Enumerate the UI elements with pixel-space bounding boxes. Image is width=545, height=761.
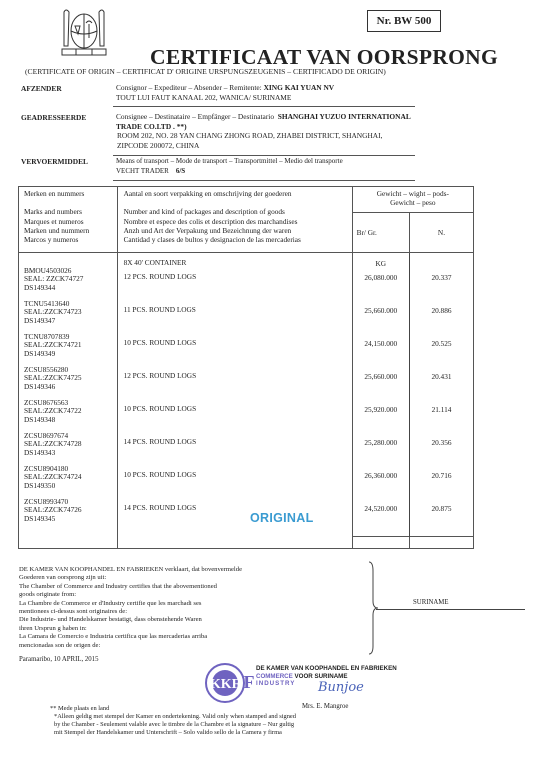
- declaration-line: La Chambre de Commerce er d'Industry cer…: [19, 600, 242, 608]
- description-header: Aantal en soort verpakking en omschrijvi…: [117, 187, 352, 253]
- validity-note-line: mit Stempel der Handelskamer und Untersc…: [54, 729, 296, 737]
- chamber-declaration: DE KAMER VAN KOOPHANDEL EN FABRIEKEN ver…: [19, 566, 242, 650]
- net-volume: 20.431: [410, 371, 473, 404]
- gross-weight: 25,920.000: [353, 404, 409, 437]
- marks-header-line: Marken und nummern: [24, 226, 117, 235]
- gross-header: Br/ Gr.: [352, 213, 409, 253]
- description-header-line: [124, 198, 352, 207]
- net-volume: 20.875: [410, 503, 473, 536]
- validity-note-line: by the Chamber - Seulement valable avec …: [54, 721, 296, 729]
- declaration-line: La Camara de Comercio e Industria certif…: [19, 633, 242, 641]
- chamber-seal-icon: KKF F: [205, 662, 257, 704]
- goods-description: 14 PCS. ROUND LOGS: [124, 503, 352, 536]
- description-header-line: Number and kind of packages and descript…: [124, 207, 352, 216]
- description-header-line: Aantal en soort verpakking en omschrijvi…: [124, 189, 352, 198]
- declaration-line: mencionadas son de origen de:: [19, 642, 242, 650]
- declaration-line: Die Industrie- und Handelskamer bestatig…: [19, 616, 242, 624]
- net-volume: 20.356: [410, 437, 473, 470]
- unit-kg: KG: [353, 253, 409, 272]
- marks-header: Merken en nummers Marks and numbersMarqu…: [19, 187, 118, 253]
- goods-table: Merken en nummers Marks and numbersMarqu…: [18, 186, 474, 549]
- gross-weight: 25,660.000: [353, 305, 409, 338]
- marks-header-line: Marques et numeros: [24, 217, 117, 226]
- brace-icon: [367, 561, 379, 655]
- declaration-line: DE KAMER VAN KOOPHANDEL EN FABRIEKEN ver…: [19, 566, 242, 574]
- gross-weight: 25,280.000: [353, 437, 409, 470]
- container-marks: ZCSU8904180SEAL:ZZCK74724DS149350: [24, 465, 117, 498]
- container-marks: BMOU4503026SEAL: ZZCK74727DS149344: [24, 267, 117, 300]
- goods-description: 10 PCS. ROUND LOGS: [124, 404, 352, 437]
- description-column: 8X 40' CONTAINER 12 PCS. ROUND LOGS11 PC…: [117, 253, 352, 537]
- coat-of-arms-icon: [56, 4, 112, 60]
- svg-text:F: F: [244, 672, 255, 692]
- gross-weight: 24,150.000: [353, 338, 409, 371]
- goods-description: 10 PCS. ROUND LOGS: [124, 470, 352, 503]
- signature: Bunjoe: [318, 680, 364, 695]
- gross-weight: 25,660.000: [353, 371, 409, 404]
- goods-description: 11 PCS. ROUND LOGS: [124, 305, 352, 338]
- consignor-name: XING KAI YUAN NV: [264, 83, 335, 92]
- divider: [113, 155, 415, 156]
- description-header-line: Cantidad y clases de bultos y designacio…: [124, 235, 352, 244]
- declaration-line: ihren Ursprun g haben in:: [19, 625, 242, 633]
- goods-description: 10 PCS. ROUND LOGS: [124, 338, 352, 371]
- consignee-name-1: SHANGHAI YUZUO INTERNATIONAL: [278, 112, 411, 121]
- transport-field: Means of transport – Mode de transport –…: [116, 157, 343, 176]
- description-header-line: Anzh und Art der Verpakung und Bezeichnu…: [124, 226, 352, 235]
- net-volume: 20.716: [410, 470, 473, 503]
- svg-text:KKF: KKF: [210, 677, 240, 692]
- consignor-field: Consignor – Expediteur – Absender – Remi…: [116, 83, 334, 102]
- gross-weight: 26,080.000: [353, 272, 409, 305]
- gross-weight: 26,360.000: [353, 470, 409, 503]
- transport-label: VERVOERMIDDEL: [21, 157, 88, 166]
- declaration-line: goods originate from:: [19, 591, 242, 599]
- container-marks: ZCSU8993470SEAL:ZZCK74726DS149345: [24, 498, 117, 531]
- divider: [113, 180, 415, 181]
- transport-caption: Means of transport – Mode de transport –…: [116, 157, 343, 167]
- net-column: 20.33720.88620.52520.43121.11420.35620.7…: [409, 253, 473, 537]
- document-subtitle: (CERTIFICATE OF ORIGIN – CERTIFICAT D' O…: [25, 67, 386, 76]
- certificate-number: Nr. BW 500: [367, 10, 441, 32]
- marks-column: BMOU4503026SEAL: ZZCK74727DS149344TCNU54…: [19, 253, 118, 537]
- declaration-line: mentionees ci-dessus sont originaires de…: [19, 608, 242, 616]
- origin-country: SURINAME: [413, 599, 449, 606]
- summary-desc: 8X 40' CONTAINER: [124, 253, 352, 272]
- goods-description: 12 PCS. ROUND LOGS: [124, 272, 352, 305]
- container-marks: ZCSU8676563SEAL:ZZCK74722DS149348: [24, 399, 117, 432]
- signer-name: Mrs. E. Mangroe: [302, 703, 348, 710]
- consignor-address: TOUT LUI FAUT KANAAL 202, WANICA/ SURINA…: [116, 93, 334, 103]
- place-date: Paramaribo, 10 APRIL, 2015: [19, 656, 98, 663]
- unit-cbm: [410, 253, 473, 272]
- marks-header-line: Merken en nummers: [24, 189, 117, 198]
- validity-note-line: *Alleen geldig met stempel der Kamer en …: [54, 713, 296, 721]
- declaration-line: Goederen van oorsprong zijn uit:: [19, 574, 242, 582]
- original-stamp: ORIGINAL: [250, 511, 314, 525]
- consignee-caption: Consignee – Destinataire – Empfänger – D…: [116, 112, 274, 121]
- goods-description: 14 PCS. ROUND LOGS: [124, 437, 352, 470]
- consignor-caption: Consignor – Expediteur – Absender – Remi…: [116, 83, 262, 92]
- container-marks: ZCSU8556280SEAL:ZZCK74725DS149346: [24, 366, 117, 399]
- net-volume: 21.114: [410, 404, 473, 437]
- gross-column: KG 26,080.00025,660.00024,150.00025,660.…: [352, 253, 409, 537]
- net-volume: 20.886: [410, 305, 473, 338]
- marks-header-line: Marcos y numeros: [24, 235, 117, 244]
- gross-weight: 24,520.000: [353, 503, 409, 536]
- goods-description: 12 PCS. ROUND LOGS: [124, 371, 352, 404]
- container-marks: TCNU5413640SEAL:ZZCK74723DS149347: [24, 300, 117, 333]
- weight-header: Gewicht – wight – pods- Gewicht – peso: [352, 187, 473, 213]
- declaration-line: The Chamber of Commerce and Industry cer…: [19, 583, 242, 591]
- net-volume: 20.337: [410, 272, 473, 305]
- consignee-field: Consignee – Destinataire – Empfänger – D…: [116, 112, 411, 150]
- marks-header-line: [24, 198, 117, 207]
- net-volume: 20.525: [410, 338, 473, 371]
- vessel-name: VECHT TRADER: [116, 167, 169, 175]
- consignee-label: GEADRESSEERDE: [21, 113, 86, 122]
- consignee-address-1: ROOM 202, NO. 28 YAN CHANG ZHONG ROAD, Z…: [116, 131, 411, 141]
- container-marks: ZCSU8697674SEAL:ZZCK74728DS149343: [24, 432, 117, 465]
- footnotes: ** Mede plaats en land *Alleen geldig me…: [50, 705, 296, 737]
- note-place: ** Mede plaats en land: [50, 705, 296, 713]
- consignee-name-2: TRADE CO.LTD . **): [116, 122, 187, 131]
- net-header: N.: [409, 213, 473, 253]
- divider: [113, 106, 415, 107]
- consignor-label: AFZENDER: [21, 84, 62, 93]
- consignee-address-2: ZIPCODE 200072, CHINA: [116, 141, 411, 151]
- voyage-number: 6/S: [176, 167, 185, 175]
- origin-line: [376, 609, 525, 610]
- description-header-line: Nombre et espece des colis et descriptio…: [124, 217, 352, 226]
- marks-header-line: Marks and numbers: [24, 207, 117, 216]
- container-marks: TCNU8707839SEAL:ZZCK74721DS149349: [24, 333, 117, 366]
